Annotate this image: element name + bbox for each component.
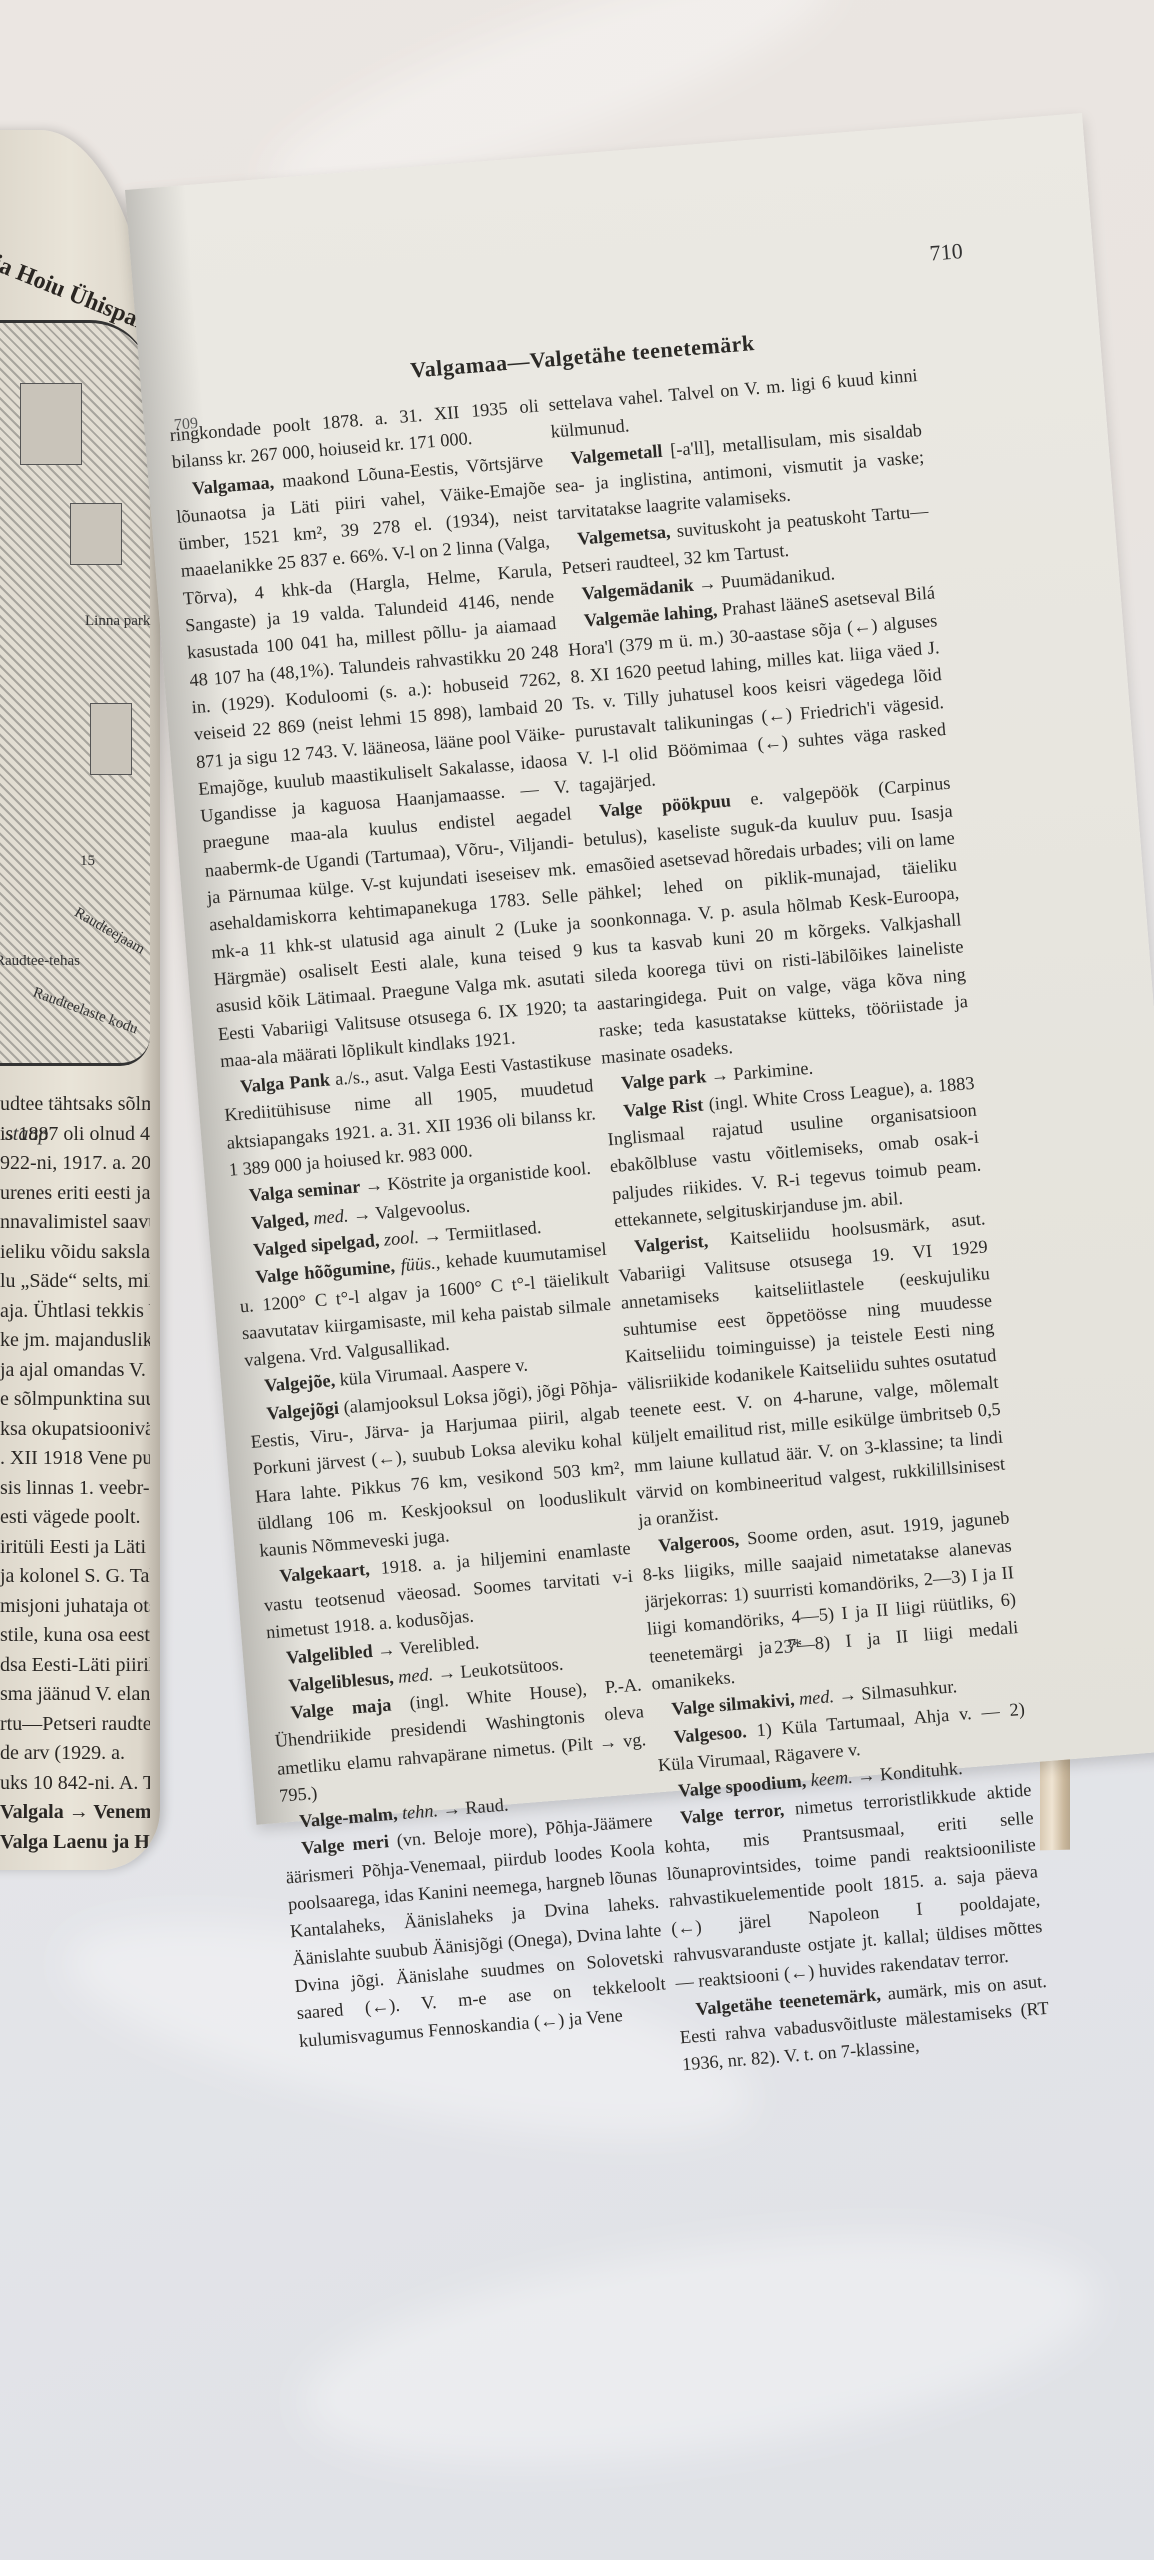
dictionary-entry: Valgerist, Kaitseliidu hoolsusmärk, asut… [615,1206,1008,1535]
page-number: 710 [929,238,964,267]
text-line: sma jäänud V. elanike [0,1680,150,1710]
map-label-raudteelaste-kodu: Raudteelaste kodu [30,985,140,1039]
entry-headword: Valgeroos, [658,1530,740,1556]
entry-headword: Valgemetall [570,440,663,467]
text-line: ja ajal omandas V. [0,1356,150,1386]
text-line: aja. Ühtlasi tekkis V-s [0,1297,150,1327]
entry-domain-label: med. [794,1686,835,1709]
entry-body: → Kondituhk. [852,1758,963,1787]
text-line: sis linnas 1. veebr-il [0,1474,150,1504]
running-head: Valgamaa—Valgetähe teenetemärk [409,330,755,384]
text-line: is 1887 oli olnud 4 [0,1120,150,1150]
text-line: ieliku võidu sakslaste [0,1238,150,1268]
dictionary-entry: Valge pöökpuu e. valgepöök (Carpinus bet… [580,770,971,1072]
entry-headword: Valgerist, [634,1231,709,1257]
dictionary-entry: Valgemäe lahing, Prahast lääneS asetseva… [565,580,949,800]
entry-headword: Valga Pank [239,1070,330,1097]
entry-headword: Valgemetsa, [577,522,672,549]
entry-headword: Valged, [250,1208,309,1233]
text-line: ksa okupatsioonivägede [0,1415,150,1445]
entry-body: → Raud. [437,1795,509,1821]
entry-domain-label: tehn. [397,1800,439,1823]
dictionary-entry: Valge meri (vn. Beloje more), Põhja-Jääm… [283,1807,669,2054]
dictionary-entry: Valgejõgi (alamjooksul Loksa jõgi), jõgi… [248,1372,630,1565]
text-line: ja kolonel S. G. Tallents [0,1562,150,1592]
map-label-raudteetehas: Raudtee-tehas [0,953,80,970]
entry-domain-label: keem. [805,1767,853,1791]
dictionary-entry: Valgamaa, maakond Lõuna-Eestis, Võrtsjär… [173,447,590,1075]
cloth-fold [290,2195,1110,2504]
map-block [70,503,122,565]
entry-headword: Valge-malm, [299,1804,399,1832]
text-line: misjoni juhataja otsus [0,1592,150,1622]
entry-headword: Valgamaa, [191,472,274,499]
left-page-text: udtee tähtsaks sõlmpunktiks is 1887 oli … [0,1090,150,1857]
entry-domain-label: zool. [379,1227,420,1250]
text-line: uks 10 842-ni. A. T. [0,1769,150,1799]
text-line: . XII 1918 Vene punane [0,1444,150,1474]
map-label-linna-park: Linna park [85,613,150,630]
text-line: udtee tähtsaks sõlmpunktiks [0,1090,150,1120]
text-line: de arv (1929. a. [0,1739,150,1769]
text-line: lu „Säde“ selts, mille [0,1267,150,1297]
entry-headword: Valgekaart, [279,1559,371,1586]
entry-body: (ingl. White Cross League), a. 1883 Ingl… [607,1073,982,1231]
entry-headword: Valge terror, [680,1800,785,1828]
text-line-headword: Valgala → Venemaa [0,1798,150,1828]
entry-body: → Verelibled. [372,1633,480,1662]
left-page: ja Hoiu Ühispank Linna park 15 Raudtee-t… [0,130,160,1870]
text-line: 922-ni, 1917. a. 20 374-ni [0,1149,150,1179]
text-line: iritüli Eesti ja Läti [0,1533,150,1563]
text-line-headword: Valga Laenu ja Hoiu [0,1828,150,1858]
text-line: dsa Eesti-Läti piiril [0,1651,150,1681]
entry-domain-label: med. [308,1205,349,1228]
entry-headword: Valgejõgi [266,1397,340,1423]
map-label-raudteejaam: Raudteejaam [71,905,147,959]
entry-domain-label: füüs., [394,1252,441,1276]
map-label-15: 15 [80,853,95,870]
city-map: Linna park 15 Raudtee-tehas Raudteejaam … [0,320,150,1066]
text-line: urenes eriti eesti ja [0,1179,150,1209]
map-block [20,383,82,465]
entry-body: Kaitseliidu hoolsusmärk, asut. Vabariigi… [618,1209,1006,1531]
entry-headword: Valgesoo. [673,1721,747,1747]
entry-headword: Valgelibled [285,1641,373,1668]
text-line: stile, kuna osa eesti [0,1621,150,1651]
dictionary-entry: Valgeroos, Soome orden, asut. 1919, jagu… [639,1505,1021,1698]
dictionary-entry: Valge terror, nimetus terroristlikkude a… [661,1777,1045,1997]
entry-headword: Valge Rist [623,1094,704,1120]
entry-body: maakond Lõuna-Eestis, Võrtsjärve lõunaot… [176,450,588,1071]
map-block [90,703,132,775]
right-page: 710 709 Valgamaa—Valgetähe teenetemärk r… [125,113,1154,1825]
entry-body: → Parkimine. [705,1058,813,1087]
entry-headword: Valgejõe, [264,1370,336,1396]
entry-headword: Valge park [620,1067,707,1094]
text-line: e sõlmpunktina suur [0,1385,150,1415]
entry-headword: Valge meri [301,1832,390,1859]
signature-mark: 23* [773,1635,803,1659]
text-line: rtu—Petseri raudtee [0,1710,150,1740]
entry-headword: Valga seminar [248,1177,361,1206]
entry-headword: Valge maja [290,1695,392,1723]
text-line: esti vägede poolt. [0,1503,150,1533]
text-line: nnavalimistel saavutati [0,1208,150,1238]
entry-headword: Valgeliblesus, [288,1667,395,1695]
entry-domain-label: med. [393,1664,434,1687]
text-line: ke jm. majanduslike [0,1326,150,1356]
